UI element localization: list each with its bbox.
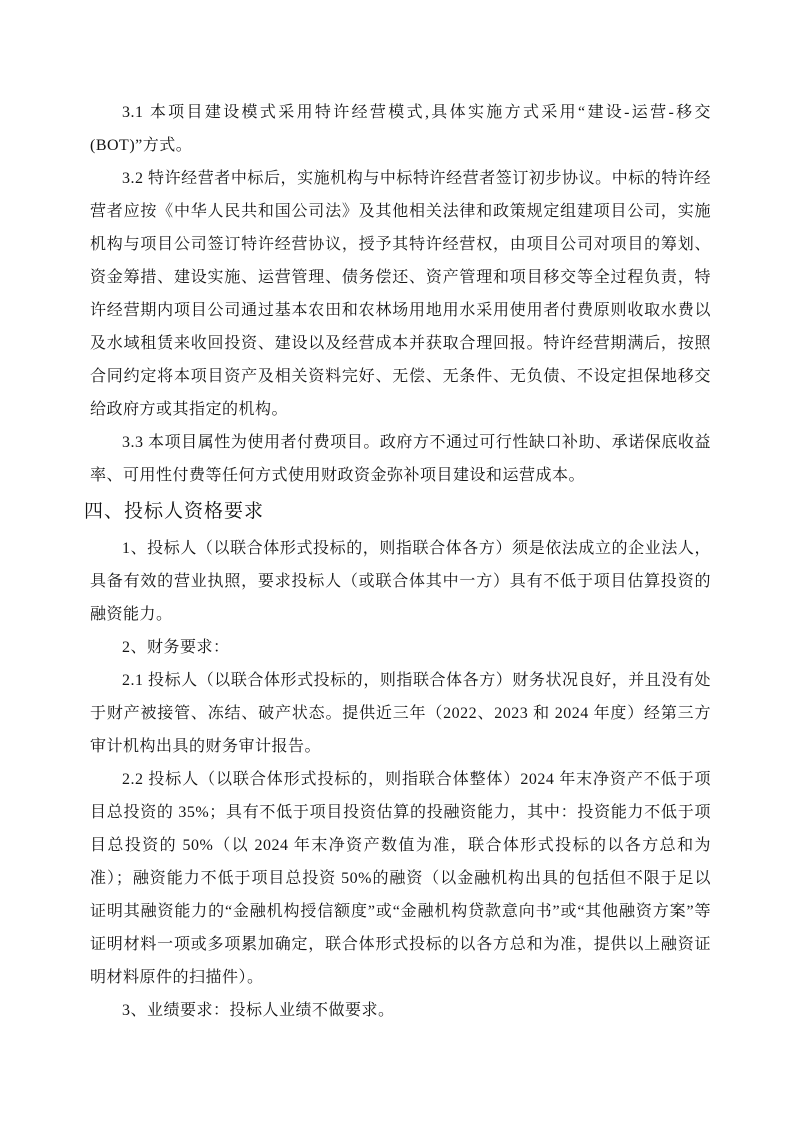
paragraph-3-2: 3.2 特许经营者中标后，实施机构与中标特许经营者签订初步协议。中标的特许经营者… bbox=[90, 162, 711, 426]
paragraph-4-1: 1、投标人（以联合体形式投标的，则指联合体各方）须是依法成立的企业法人，具备有效… bbox=[90, 532, 711, 631]
paragraph-3-3: 3.3 本项目属性为使用者付费项目。政府方不通过可行性缺口补助、承诺保底收益率、… bbox=[90, 426, 711, 492]
section-4-heading: 四、投标人资格要求 bbox=[84, 494, 711, 530]
paragraph-3-1: 3.1 本项目建设模式采用特许经营模式,具体实施方式采用“建设-运营-移交(BO… bbox=[90, 96, 711, 162]
paragraph-4-3: 3、业绩要求：投标人业绩不做要求。 bbox=[90, 994, 711, 1027]
document-page: 3.1 本项目建设模式采用特许经营模式,具体实施方式采用“建设-运营-移交(BO… bbox=[0, 0, 793, 1122]
paragraph-4-2-1: 2.1 投标人（以联合体形式投标的，则指联合体各方）财务状况良好，并且没有处于财… bbox=[90, 664, 711, 763]
paragraph-4-2: 2、财务要求： bbox=[90, 631, 711, 664]
paragraph-4-2-2: 2.2 投标人（以联合体形式投标的，则指联合体整体）2024 年末净资产不低于项… bbox=[90, 763, 711, 994]
